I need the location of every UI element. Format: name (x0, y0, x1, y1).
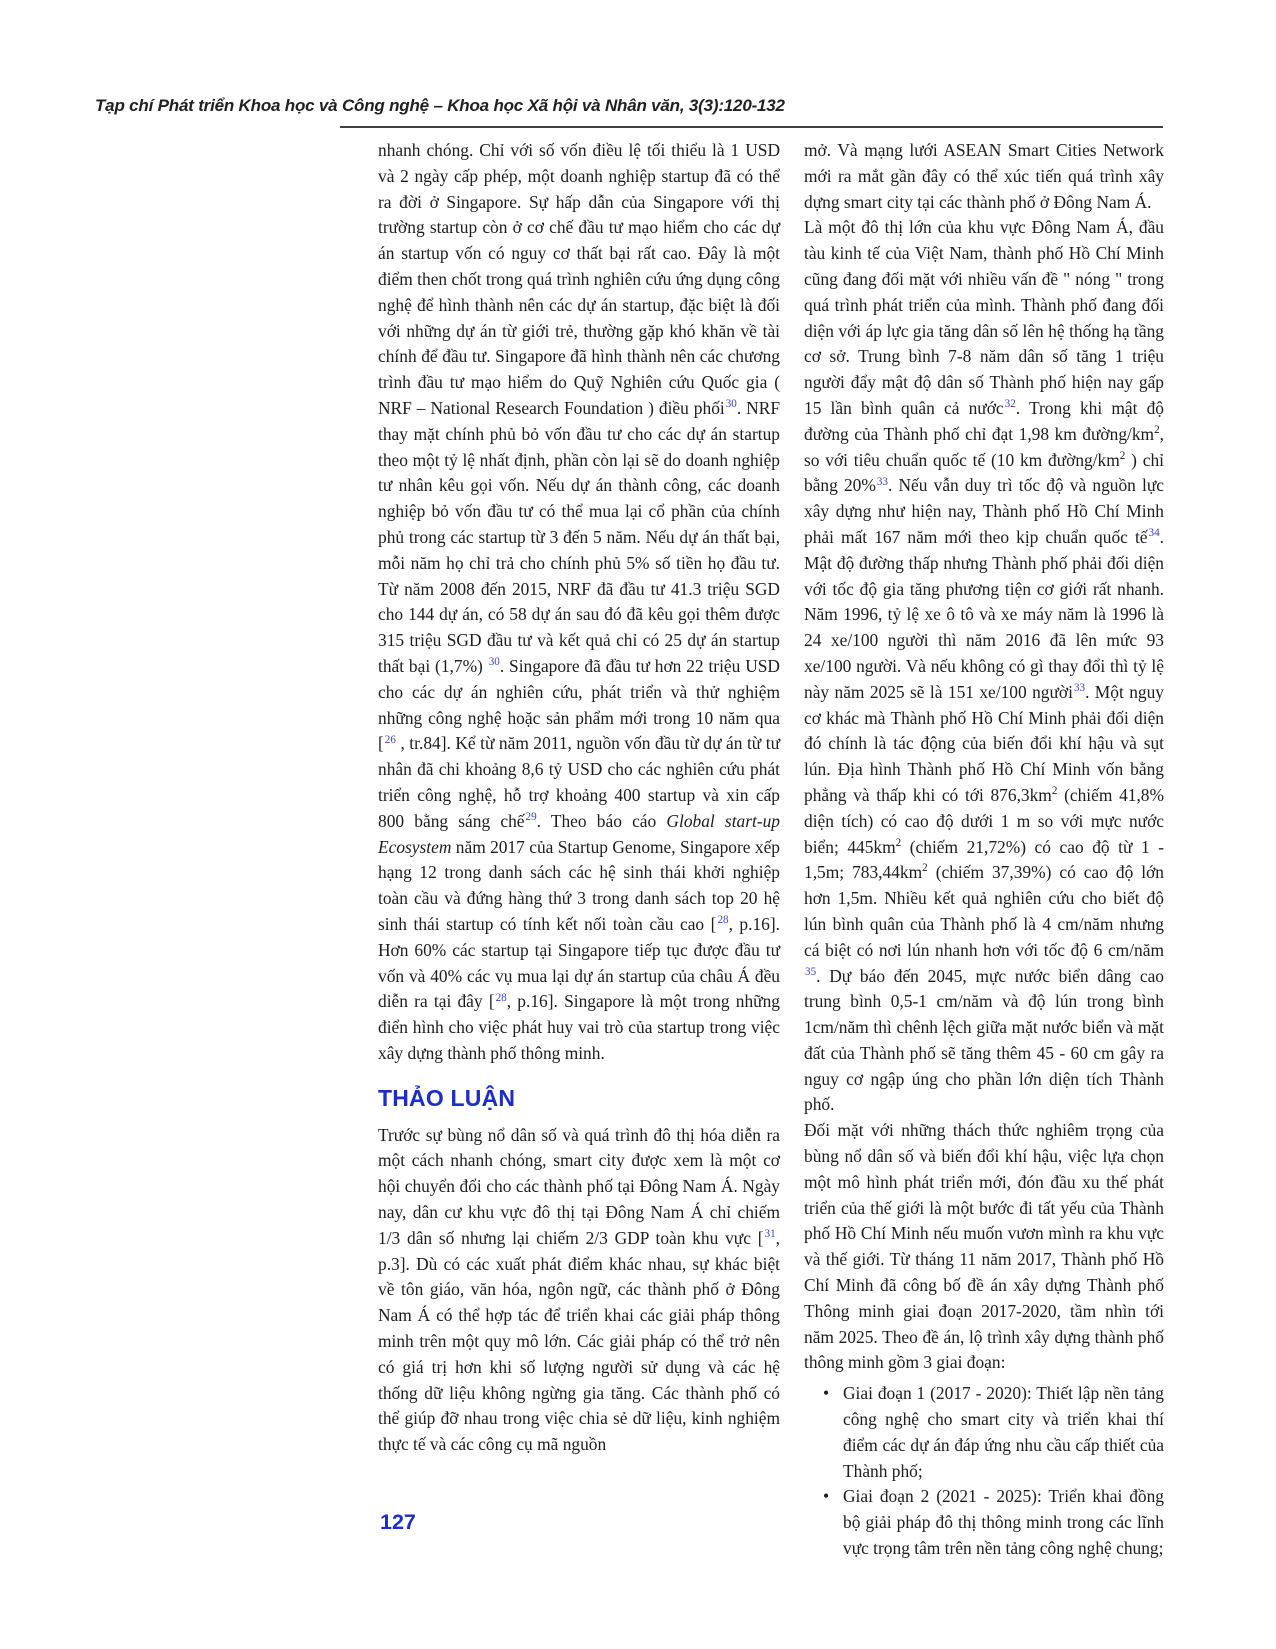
running-header: Tạp chí Phát triển Khoa học và Công nghệ… (95, 96, 785, 116)
header-rule (340, 126, 1163, 128)
right-column: mở. Và mạng lưới ASEAN Smart Cities Netw… (804, 138, 1164, 1562)
paragraph-asean-network: mở. Và mạng lưới ASEAN Smart Cities Netw… (804, 138, 1164, 215)
citation-ref[interactable]: 32 (1004, 398, 1016, 410)
superscript: 2 (896, 837, 902, 849)
citation-ref[interactable]: 33 (876, 476, 888, 488)
paragraph-discussion-intro: Trước sự bùng nổ dân số và quá trình đô … (378, 1123, 780, 1458)
superscript: 2 (1052, 785, 1058, 797)
two-column-body: nhanh chóng. Chỉ với số vốn điều lệ tối … (378, 138, 1164, 1562)
superscript: 2 (1120, 450, 1126, 462)
citation-ref[interactable]: 26 (384, 734, 396, 746)
citation-ref[interactable]: 31 (764, 1228, 776, 1240)
paragraph-hcmc-challenges: Là một đô thị lớn của khu vực Đông Nam Á… (804, 215, 1164, 1118)
citation-ref[interactable]: 33 (1073, 682, 1085, 694)
citation-ref[interactable]: 29 (525, 811, 537, 823)
phase-item-2: Giai đoạn 2 (2021 - 2025): Triển khai đồ… (804, 1484, 1164, 1561)
citation-ref[interactable]: 34 (1148, 527, 1160, 539)
roadmap-phase-list: Giai đoạn 1 (2017 - 2020): Thiết lập nền… (804, 1381, 1164, 1562)
citation-ref[interactable]: 28 (495, 992, 507, 1004)
paragraph-smartcity-project: Đối mặt với những thách thức nghiêm trọn… (804, 1118, 1164, 1376)
citation-ref[interactable]: 30 (725, 398, 737, 410)
page-number: 127 (380, 1510, 416, 1535)
superscript: 2 (1154, 424, 1160, 436)
left-column: nhanh chóng. Chỉ với số vốn điều lệ tối … (378, 138, 780, 1562)
citation-ref[interactable]: 30 (488, 656, 500, 668)
citation-ref[interactable]: 35 (804, 966, 816, 978)
italic-report-title: Global start-up Ecosystem (378, 811, 780, 857)
citation-ref[interactable]: 28 (716, 914, 728, 926)
journal-page: Tạp chí Phát triển Khoa học và Công nghệ… (0, 0, 1276, 1649)
superscript: 2 (922, 863, 928, 875)
phase-item-1: Giai đoạn 1 (2017 - 2020): Thiết lập nền… (804, 1381, 1164, 1484)
section-heading-thao-luan: THẢO LUẬN (378, 1085, 780, 1112)
paragraph-singapore-startup: nhanh chóng. Chỉ với số vốn điều lệ tối … (378, 138, 780, 1067)
